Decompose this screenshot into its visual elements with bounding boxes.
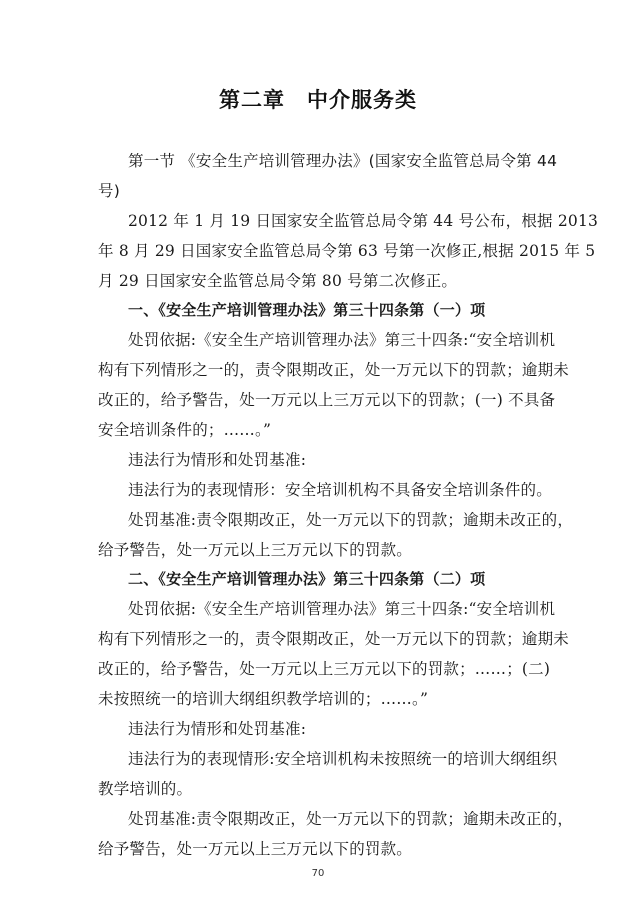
item-2-behavior-line-2: 教学培训的。 [98,779,548,799]
item-2-heading: 二、《安全生产培训管理办法》第三十四条第（二）项 [128,569,578,589]
item-1-penalty-line-1: 处罚基准:责令限期改正，处一万元以下的罚款；逾期未改正的， [128,510,545,530]
item-2-penalty-line-2: 给予警告，处一万元以上三万元以下的罚款。 [98,839,548,859]
item-2-penalty-line-1: 处罚基准:责令限期改正，处一万元以下的罚款；逾期未改正的， [128,809,545,829]
document-page: 第二章 中介服务类 第一节 《安全生产培训管理办法》(国家安全监管总局令第 44… [0,0,636,900]
item-1-basis-line-3: 改正的，给予警告，处一万元以上三万元以下的罚款；(一) 不具备 [98,390,545,410]
page-number: 70 [0,868,636,879]
item-1-basis-line-2: 构有下列情形之一的，责令限期改正，处一万元以下的罚款；逾期未 [98,360,545,380]
section-heading-line-2: 号) [98,181,548,201]
item-1-penalty-line-2: 给予警告，处一万元以上三万元以下的罚款。 [98,540,548,560]
item-2-basis-line-3: 改正的，给予警告，处一万元以上三万元以下的罚款；……；(二) [98,659,545,679]
intro-line-1: 2012 年 1 月 19 日国家安全监管总局令第 44 号公布，根据 2013 [128,211,545,231]
chapter-title: 第二章 中介服务类 [0,84,636,114]
item-1-standard-label: 违法行为情形和处罚基准: [128,450,578,470]
intro-line-3: 月 29 日国家安全监管总局令第 80 号第二次修正。 [98,271,548,291]
item-1-basis-line-1: 处罚依据:《安全生产培训管理办法》第三十四条:“安全培训机 [128,330,545,350]
item-2-basis-line-1: 处罚依据:《安全生产培训管理办法》第三十四条:“安全培训机 [128,599,545,619]
item-2-basis-line-2: 构有下列情形之一的，责令限期改正，处一万元以下的罚款；逾期未 [98,629,545,649]
intro-line-2: 年 8 月 29 日国家安全监管总局令第 63 号第一次修正,根据 2015 年… [98,241,545,261]
item-2-behavior-line-1: 违法行为的表现情形:安全培训机构未按照统一的培训大纲组织 [128,749,545,769]
item-1-basis-line-4: 安全培训条件的；……。” [98,420,548,440]
item-1-heading: 一、《安全生产培训管理办法》第三十四条第（一）项 [128,300,578,320]
item-1-behavior-line-1: 违法行为的表现情形：安全培训机构不具备安全培训条件的。 [128,480,578,500]
section-heading-line-1: 第一节 《安全生产培训管理办法》(国家安全监管总局令第 44 [128,151,545,171]
item-2-standard-label: 违法行为情形和处罚基准: [128,719,578,739]
item-2-basis-line-4: 未按照统一的培训大纲组织教学培训的；……。” [98,689,548,709]
